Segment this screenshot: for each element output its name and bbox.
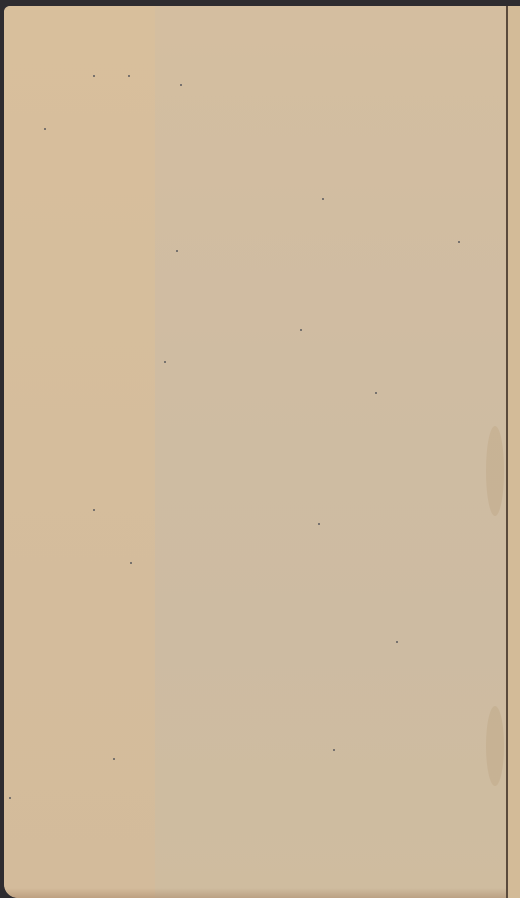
paper-speck (113, 758, 115, 760)
paper-speck (322, 198, 324, 200)
paper-stain (486, 426, 504, 516)
paper-speck (300, 329, 302, 331)
paper-speck (9, 797, 11, 799)
paper-speck (458, 241, 460, 243)
paper-speck (396, 641, 398, 643)
paper-speck (318, 523, 320, 525)
paper-speck (130, 562, 132, 564)
page-bottom-edge (4, 888, 506, 898)
adjacent-page-edge (506, 6, 520, 898)
paper-speck (164, 361, 166, 363)
paper-speck (176, 250, 178, 252)
paper-speck (375, 392, 377, 394)
paper-speck (180, 84, 182, 86)
paper-speck (44, 128, 46, 130)
paper-speck (93, 509, 95, 511)
paper-left-band (4, 6, 155, 898)
paper-stain (486, 706, 504, 786)
paper-speck (128, 75, 130, 77)
paper-right-band (155, 6, 506, 898)
blank-paper-page (4, 6, 506, 898)
paper-speck (93, 75, 95, 77)
paper-speck (333, 749, 335, 751)
